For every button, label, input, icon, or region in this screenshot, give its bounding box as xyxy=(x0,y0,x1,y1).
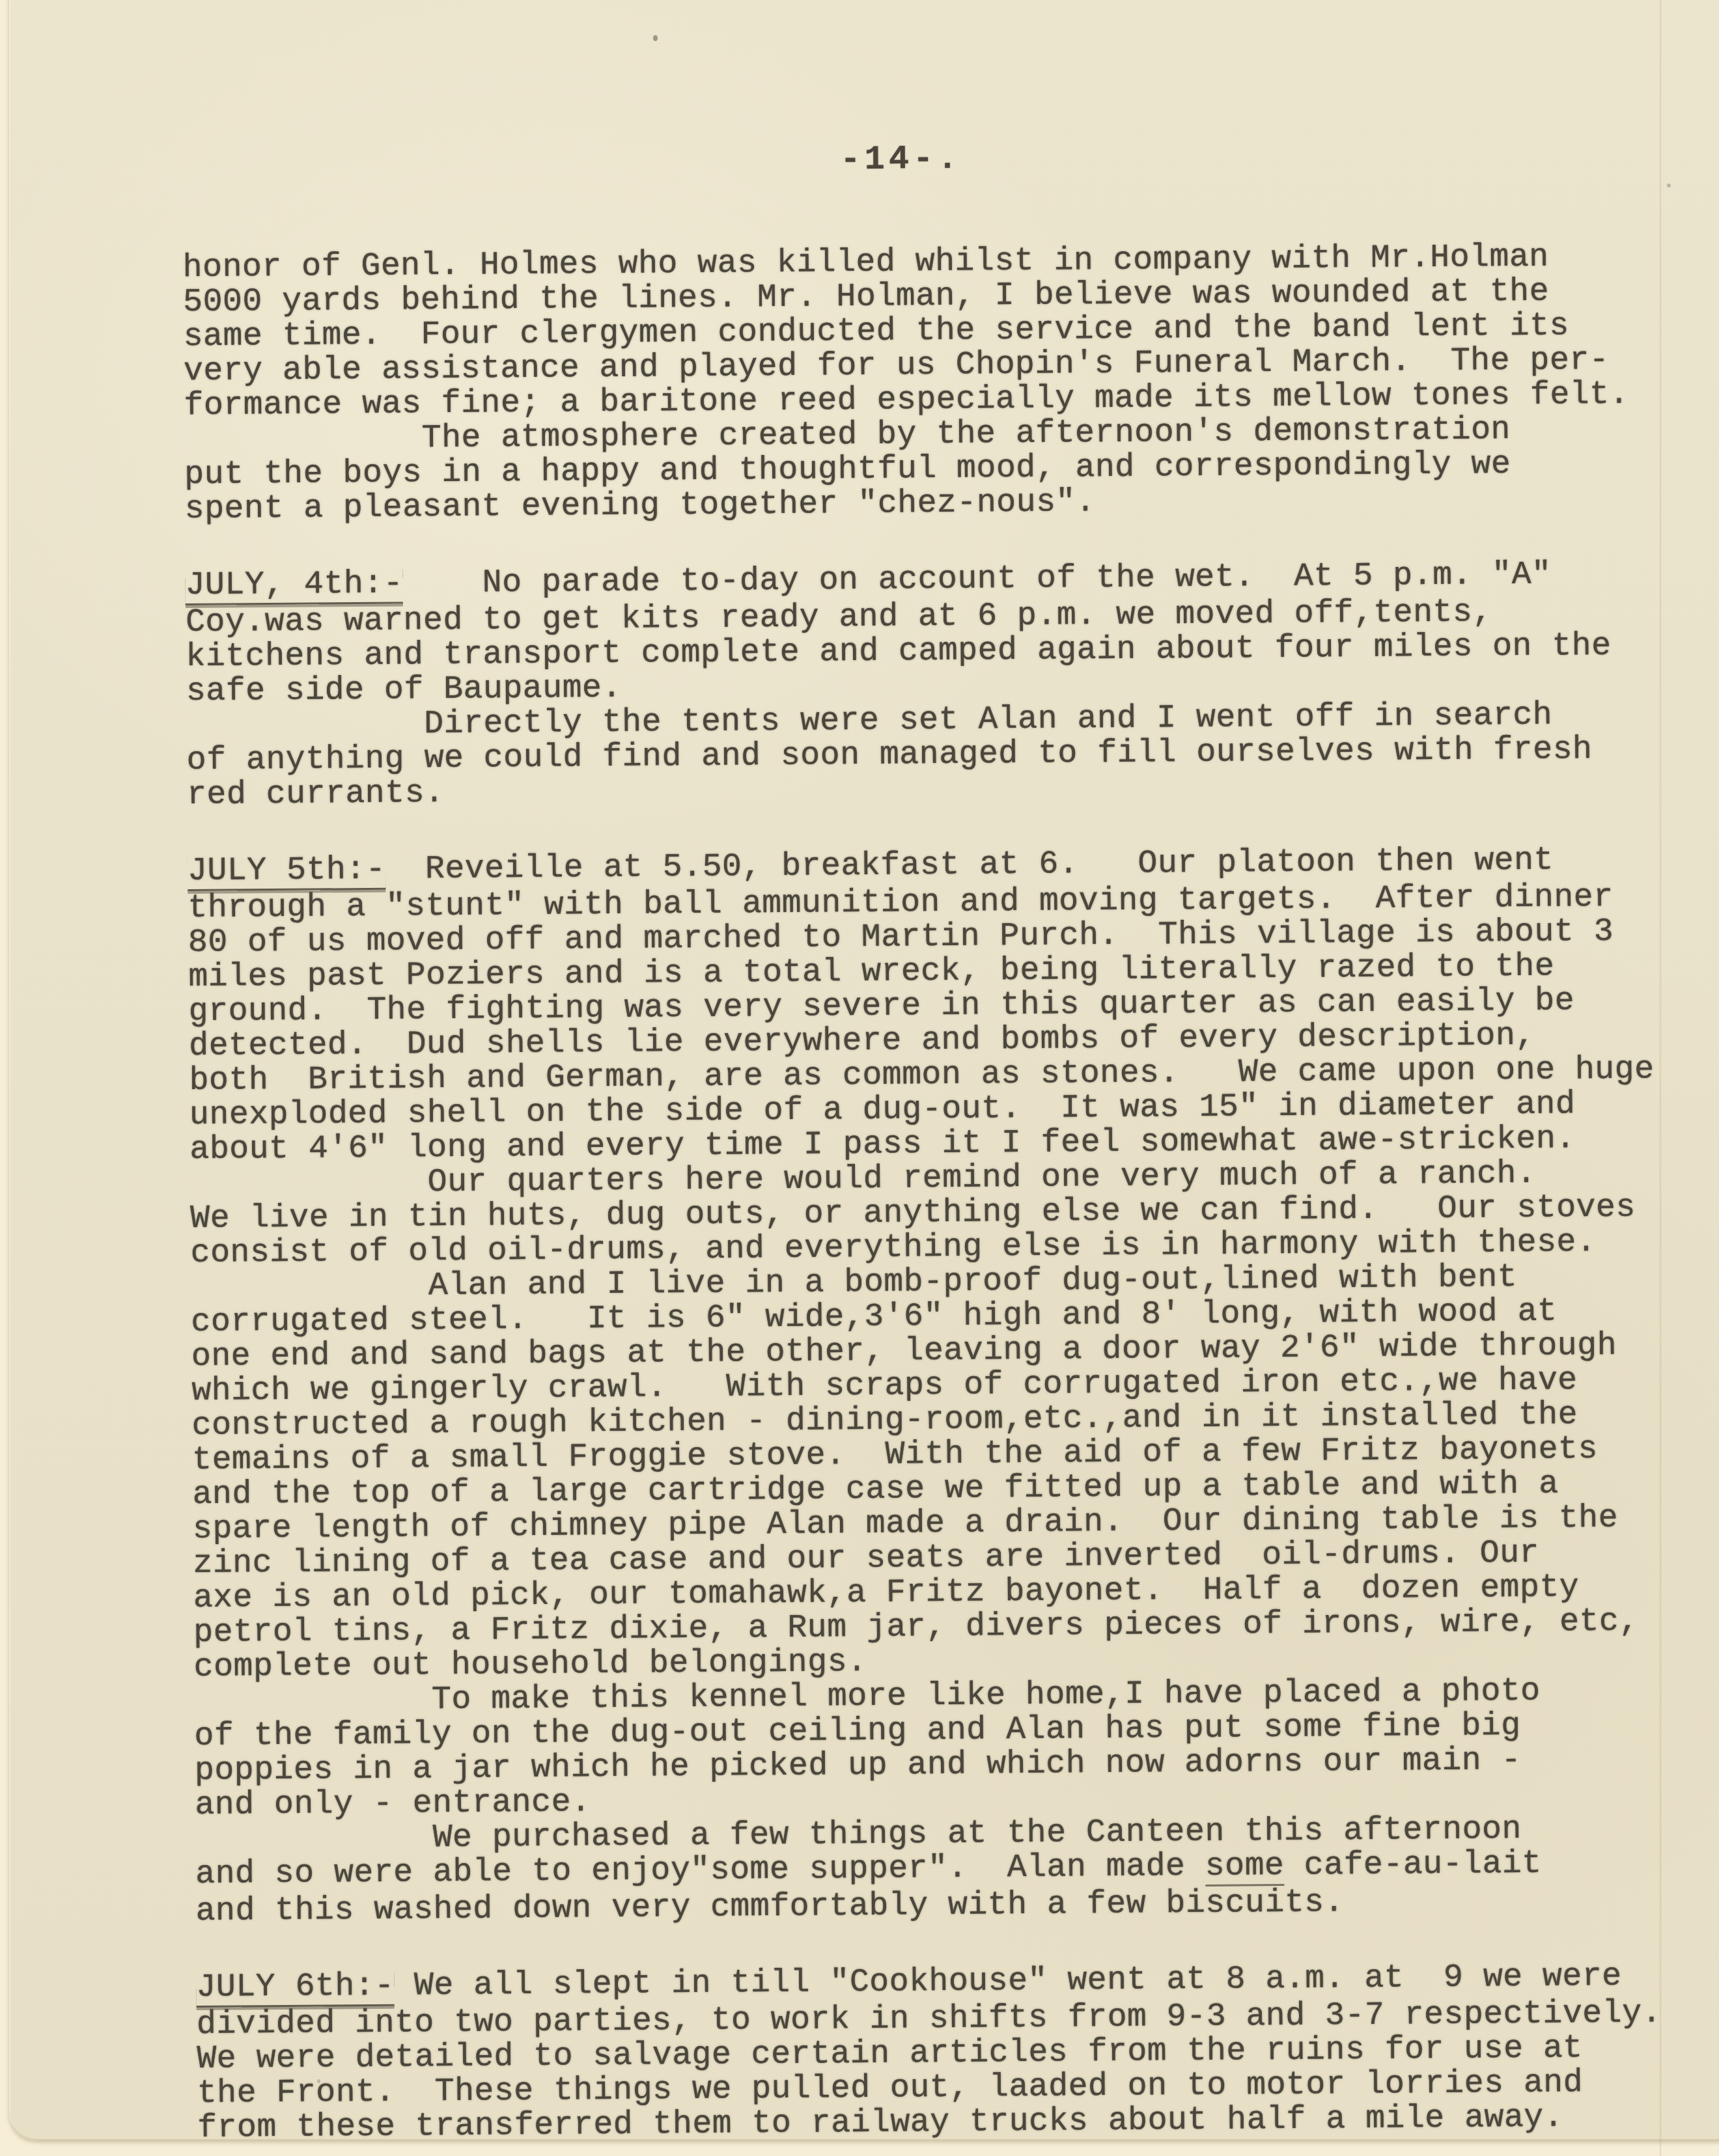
paragraph-july-4th: JULY, 4th:- No parade to-day on account … xyxy=(185,557,1684,812)
typewritten-content: -14-. honor of Genl. Holmes who was kill… xyxy=(0,9,1719,2148)
entry-date-heading: JULY 6th:- xyxy=(196,1969,395,2008)
paragraph-july-3rd-continued: honor of Genl. Holmes who was killed whi… xyxy=(183,239,1683,527)
page-number: -14-. xyxy=(41,133,1719,186)
entry-date-heading: JULY 5th:- xyxy=(188,853,386,891)
scanned-diary-page: { "page": { "number": "-14-.", "paper_co… xyxy=(0,0,1719,2156)
paragraph-july-6th: JULY 6th:- We all slept in till "Cookhou… xyxy=(196,1959,1695,2146)
underlined-word: some xyxy=(1205,1849,1285,1886)
paragraph-july-5th: JULY 5th:- Reveille at 5.50, breakfast a… xyxy=(188,842,1694,1929)
entry-date-heading: JULY, 4th:- xyxy=(185,566,403,605)
document-body: honor of Genl. Holmes who was killed whi… xyxy=(183,239,1696,2146)
